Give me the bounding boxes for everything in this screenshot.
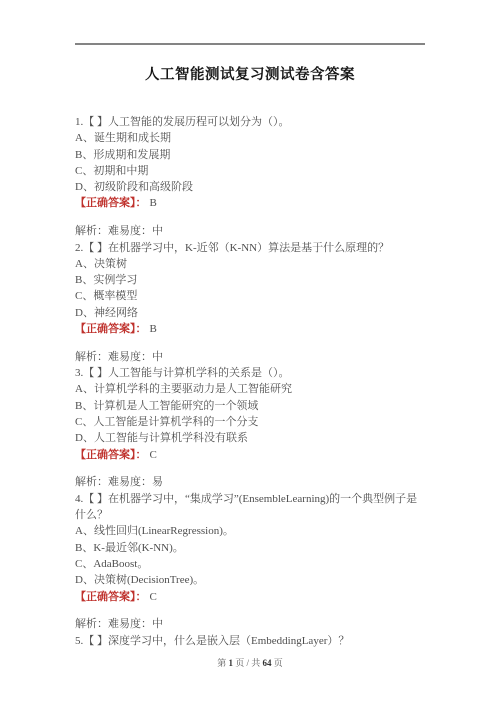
page-title: 人工智能测试复习测试卷含答案 xyxy=(75,66,425,84)
option-b: B、实例学习 xyxy=(75,272,425,288)
answer-value: C xyxy=(147,591,157,603)
answer-value: B xyxy=(147,323,157,335)
page-footer: 第 1 页 / 共 64 页 xyxy=(75,657,425,669)
question-text: 5.【 】深度学习中，什么是嵌入层（EmbeddingLayer）？ xyxy=(75,633,425,649)
footer-prefix: 第 xyxy=(217,658,226,668)
question-block-5: 5.【 】深度学习中，什么是嵌入层（EmbeddingLayer）？ xyxy=(75,633,425,649)
option-d: D、神经网络 xyxy=(75,305,425,321)
question-text: 3.【 】人工智能与计算机学科的关系是（）。 xyxy=(75,365,425,381)
footer-middle: 页 / 共 xyxy=(235,658,260,668)
document-page: 人工智能测试复习测试卷含答案 1.【 】人工智能的发展历程可以划分为（）。 A、… xyxy=(75,43,425,669)
option-d: D、人工智能与计算机学科没有联系 xyxy=(75,430,425,446)
answer-line: 【正确答案】：B xyxy=(75,195,425,211)
answer-value: B xyxy=(147,197,157,209)
document-viewport: { "doc": { "title": "人工智能测试复习测试卷含答案" }, … xyxy=(0,0,500,707)
question-text: 4.【 】在机器学习中，“集成学习”(EnsembleLearning)的一个典… xyxy=(75,491,425,524)
option-d: D、决策树(DecisionTree)。 xyxy=(75,572,425,588)
option-c: C、概率模型 xyxy=(75,288,425,304)
option-c: C、初期和中期 xyxy=(75,163,425,179)
analysis-line: 解析：难易度：易 xyxy=(75,474,425,490)
footer-total-pages: 64 xyxy=(263,658,272,668)
answer-label: 【正确答案】： xyxy=(75,591,147,603)
footer-suffix: 页 xyxy=(274,658,283,668)
option-a: A、计算机学科的主要驱动力是人工智能研究 xyxy=(75,381,425,397)
header-rule xyxy=(75,43,425,45)
question-block-1: 1.【 】人工智能的发展历程可以划分为（）。 A、诞生期和成长期 B、形成期和发… xyxy=(75,114,425,240)
option-d: D、初级阶段和高级阶段 xyxy=(75,179,425,195)
analysis-line: 解析：难易度：中 xyxy=(75,616,425,632)
analysis-line: 解析：难易度：中 xyxy=(75,349,425,365)
option-c: C、人工智能是计算机学科的一个分支 xyxy=(75,414,425,430)
question-block-2: 2.【 】在机器学习中，K-近邻（K-NN）算法是基于什么原理的？ A、决策树 … xyxy=(75,240,425,366)
answer-line: 【正确答案】：C xyxy=(75,589,425,605)
footer-page-number: 1 xyxy=(228,658,233,668)
question-text: 2.【 】在机器学习中，K-近邻（K-NN）算法是基于什么原理的？ xyxy=(75,240,425,256)
answer-line: 【正确答案】：C xyxy=(75,447,425,463)
option-b: B、K-最近邻(K-NN)。 xyxy=(75,540,425,556)
option-a: A、决策树 xyxy=(75,256,425,272)
option-c: C、AdaBoost。 xyxy=(75,556,425,572)
analysis-line: 解析：难易度：中 xyxy=(75,223,425,239)
questions-content: 1.【 】人工智能的发展历程可以划分为（）。 A、诞生期和成长期 B、形成期和发… xyxy=(75,114,425,649)
option-a: A、诞生期和成长期 xyxy=(75,130,425,146)
question-block-3: 3.【 】人工智能与计算机学科的关系是（）。 A、计算机学科的主要驱动力是人工智… xyxy=(75,365,425,491)
question-block-4: 4.【 】在机器学习中，“集成学习”(EnsembleLearning)的一个典… xyxy=(75,491,425,633)
answer-label: 【正确答案】： xyxy=(75,323,147,335)
answer-line: 【正确答案】：B xyxy=(75,321,425,337)
option-a: A、线性回归(LinearRegression)。 xyxy=(75,523,425,539)
option-b: B、形成期和发展期 xyxy=(75,147,425,163)
answer-label: 【正确答案】： xyxy=(75,449,147,461)
question-text: 1.【 】人工智能的发展历程可以划分为（）。 xyxy=(75,114,425,130)
answer-label: 【正确答案】： xyxy=(75,197,147,209)
option-b: B、计算机是人工智能研究的一个领域 xyxy=(75,398,425,414)
answer-value: C xyxy=(147,449,157,461)
